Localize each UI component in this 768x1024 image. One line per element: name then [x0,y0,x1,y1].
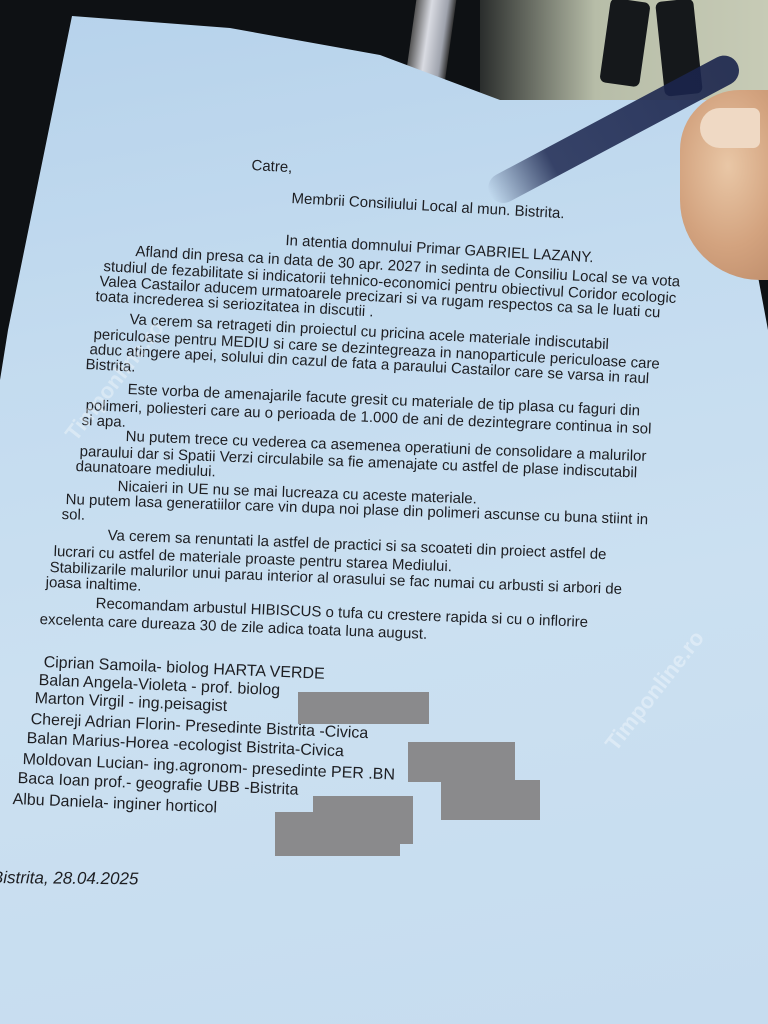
recipient: Membrii Consiliului Local al mun. Bistri… [291,190,565,222]
redacted-signature [441,780,540,820]
body-line: joasa inaltime. [45,574,141,595]
redacted-signature [298,692,429,724]
thumbnail [700,108,760,148]
salutation: Catre, [251,157,293,176]
redacted-signature [275,812,400,856]
watermark: Timponline.ro [600,626,710,756]
letter-text: Catre, Membrii Consiliului Local al mun.… [0,0,768,1024]
place-date: Bistrita, 28.04.2025 [0,868,138,889]
redacted-signature [408,742,515,782]
body-line: sol. [61,506,85,524]
